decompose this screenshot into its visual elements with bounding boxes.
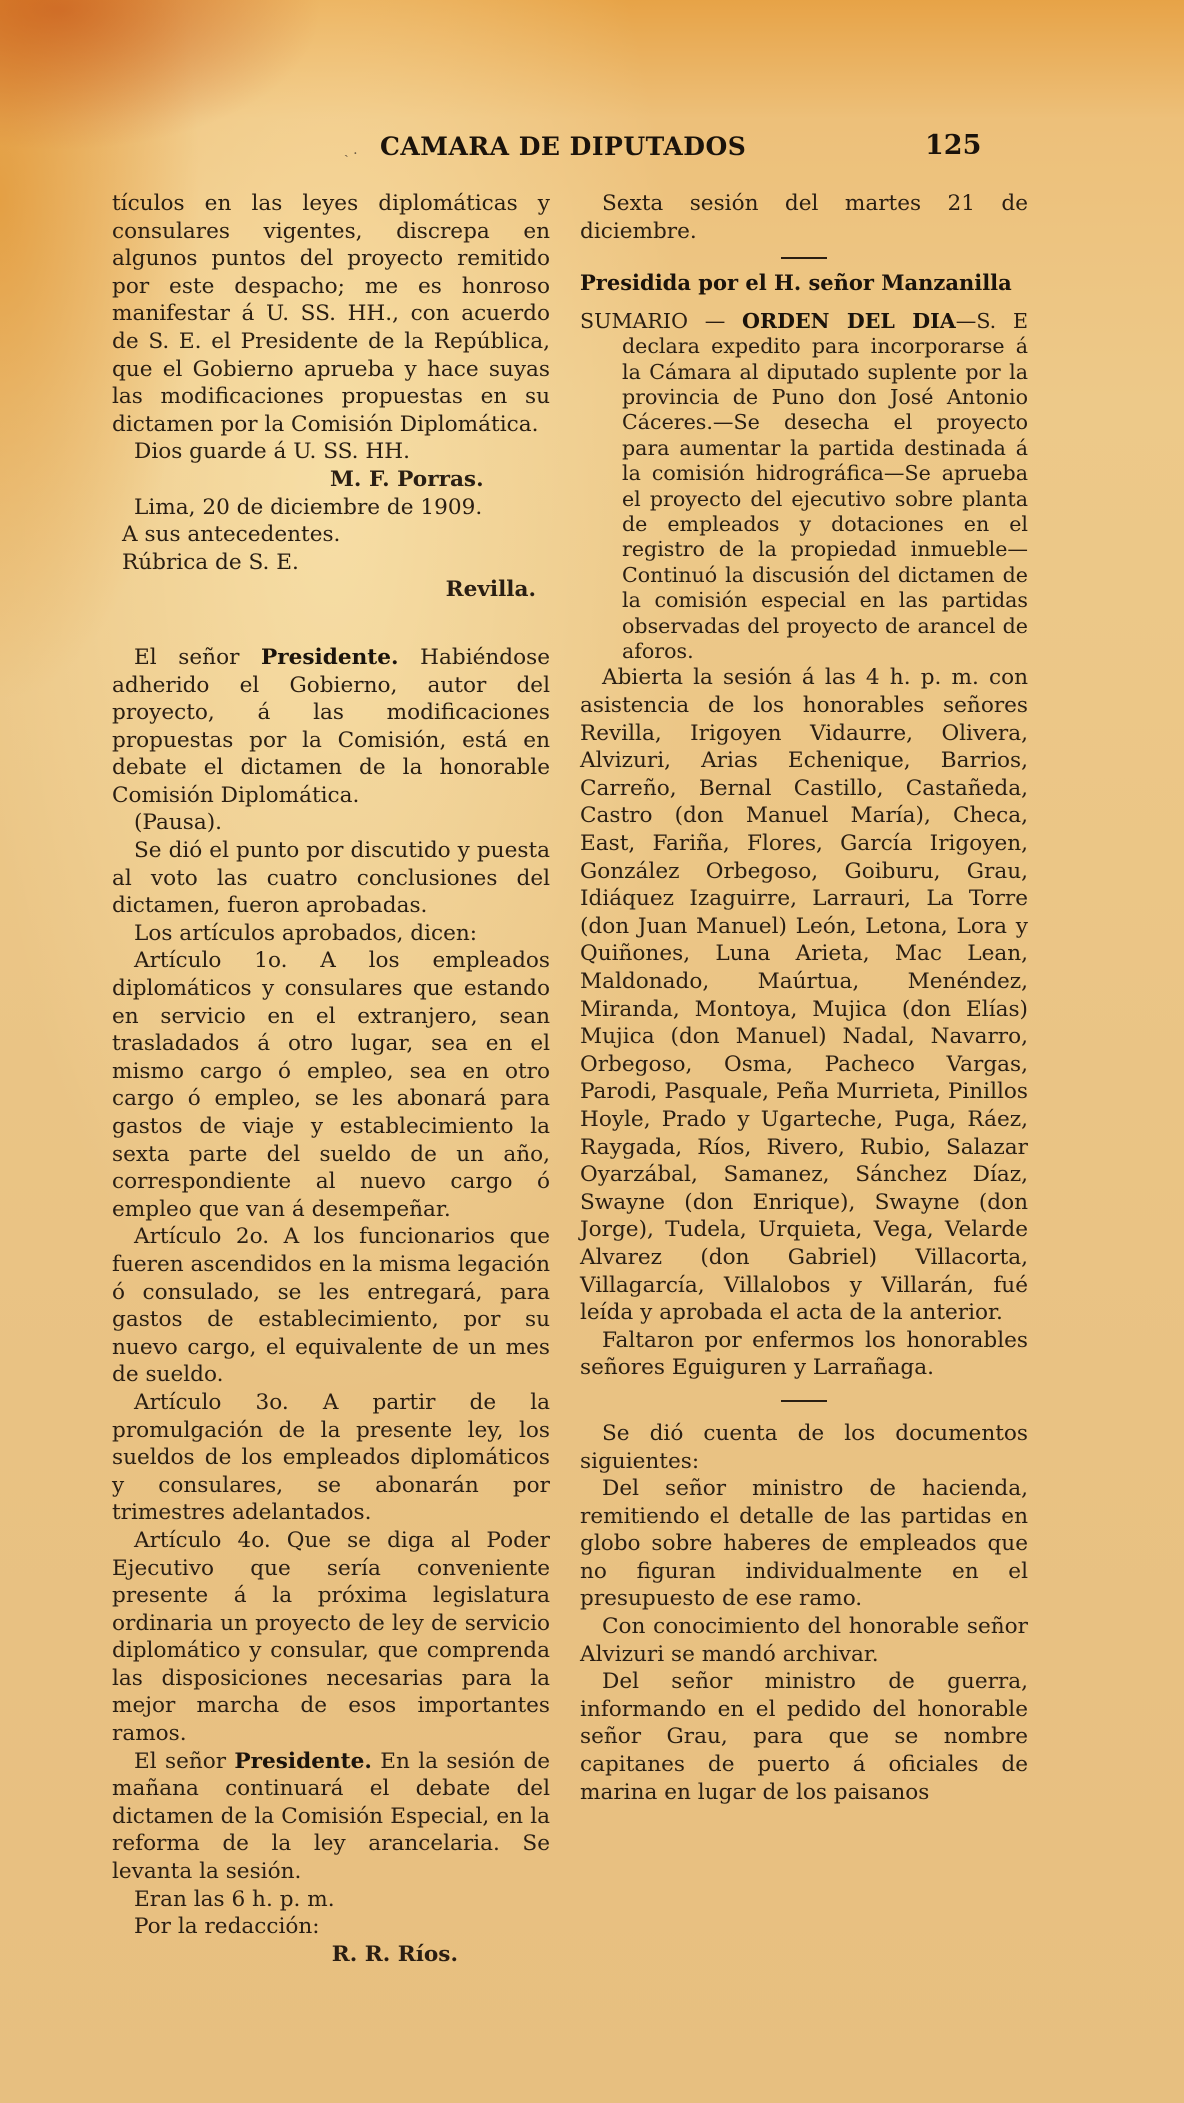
date-line: Lima, 20 de diciembre de 1909. [112, 494, 550, 522]
vote-result: Se dió el punto por discutido y puesta a… [112, 837, 550, 920]
presided-by: Presidida por el H. señor Manzanilla [580, 269, 1028, 297]
document-1-note: Con conocimiento del honorable señor Alv… [580, 1613, 1028, 1668]
page-number: 125 [925, 130, 981, 161]
speaker-lead: El señor [134, 1749, 226, 1774]
president-statement-2: El señor Presidente. En la sesión de mañ… [112, 1748, 550, 1886]
letter-body: tículos en las leyes diplomáticas y cons… [112, 190, 550, 438]
header-mark: ˎ . [344, 142, 358, 159]
session-end-time: Eran las 6 h. p. m. [112, 1886, 550, 1914]
speaker-name: Presidente. [234, 1749, 371, 1774]
absent-members: Faltaron por enfermos los honorables señ… [580, 1327, 1028, 1382]
sumario-label: SUMARIO — [580, 309, 725, 333]
opening-attendance: Abierta la sesión á las 4 h. p. m. con a… [580, 664, 1028, 1326]
orden-del-dia: ORDEN DEL DIA [742, 309, 956, 333]
page-header: ˎ . CAMARA DE DIPUTADOS 125 [340, 130, 1040, 170]
article-1: Artículo 1o. A los empleados diplomático… [112, 947, 550, 1223]
pausa: (Pausa). [112, 809, 550, 837]
article-4: Artículo 4o. Que se diga al Poder Ejecut… [112, 1527, 550, 1748]
sumario: SUMARIO — ORDEN DEL DIA—S. E declara exp… [580, 309, 1028, 665]
left-column: tículos en las leyes diplomáticas y cons… [112, 190, 550, 1968]
document-1: Del señor ministro de hacienda, remitien… [580, 1475, 1028, 1613]
signature-porras: M. F. Porras. [112, 466, 550, 494]
redaccion-line: Por la redacción: [112, 1913, 550, 1941]
sumario-text: —S. E declara expedito para incorporarse… [622, 309, 1028, 663]
articles-intro: Los artículos aprobados, dicen: [112, 920, 550, 948]
speaker-lead: El señor [134, 645, 239, 670]
president-statement-1: El señor Presidente. Habiéndose adherido… [112, 644, 550, 810]
signature-rios: R. R. Ríos. [112, 1941, 550, 1969]
speaker-name: Presidente. [261, 645, 398, 670]
documents-intro: Se dió cuenta de los documentos siguient… [580, 1420, 1028, 1475]
spacer [112, 604, 550, 644]
running-title: CAMARA DE DIPUTADOS [380, 132, 746, 161]
divider [781, 1400, 827, 1402]
letter-closing: Dios guarde á U. SS. HH. [112, 438, 550, 466]
article-3: Artículo 3o. A partir de la promulgación… [112, 1389, 550, 1527]
divider [781, 257, 827, 259]
signature-revilla: Revilla. [112, 576, 550, 604]
antecedentes-line: A sus antecedentes. [112, 521, 550, 549]
right-column: Sexta sesión del martes 21 de diciembre.… [580, 190, 1028, 1806]
article-2: Artículo 2o. A los funcionarios que fuer… [112, 1223, 550, 1389]
rubrica-line: Rúbrica de S. E. [112, 549, 550, 577]
session-title: Sexta sesión del martes 21 de diciembre. [580, 190, 1028, 245]
document-2: Del señor ministro de guerra, informando… [580, 1668, 1028, 1806]
